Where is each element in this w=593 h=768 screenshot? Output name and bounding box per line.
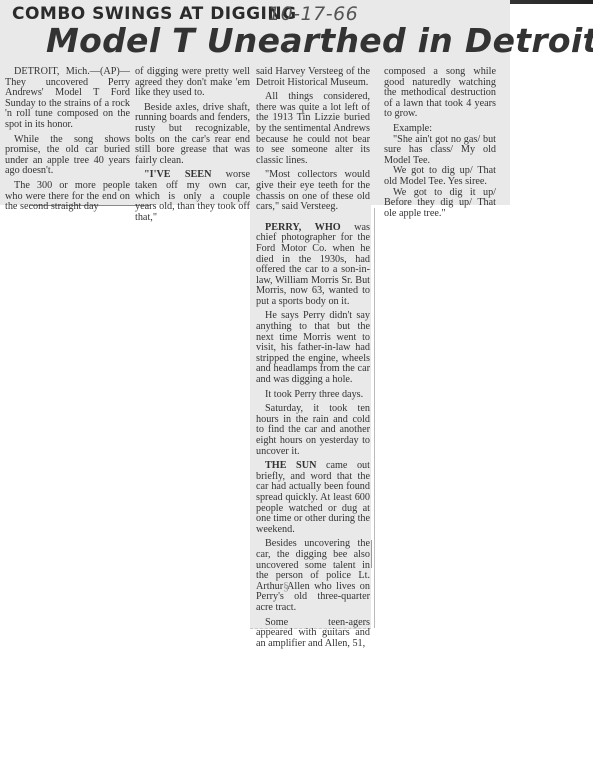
paragraph: He says Perry didn't say anything to tha… [256,311,370,385]
paragraph: Saturday, it took ten hours in the rain … [256,404,370,457]
article-column-2: of digging were pretty well agreed they … [135,67,250,227]
paragraph: composed a song while good naturedly wat… [384,67,496,120]
paragraph: "She ain't got no gas/ but sure has clas… [384,135,496,167]
paragraph: Besides uncovering the car, the digging … [256,539,370,613]
paragraph: "I'VE SEEN worse taken off my own car, w… [135,170,250,223]
article-column-1: DETROIT, Mich.—(AP)— They uncovered Perr… [5,67,130,217]
paragraph: All things considered, there was quite a… [256,92,370,166]
paragraph: DETROIT, Mich.—(AP)— They uncovered Perr… [5,67,130,131]
column-divider [374,208,375,628]
pencil-scribble-mark: § [283,579,293,589]
column-end-mark [371,540,372,568]
article-column-4: composed a song while good naturedly wat… [384,67,496,219]
paragraph: The 300 or more people who were there fo… [5,181,130,213]
paragraph: We got to dig it up/ Before they dig up/… [384,188,496,220]
paragraph: THE SUN came out briefly, and word that … [256,461,370,535]
paragraph: "Most collectors would give their eye te… [256,170,370,212]
paragraph: said Harvey Versteeg of the Detroit Hist… [256,67,370,88]
paragraph: We got to dig up/ That old Model Tee. Ye… [384,166,496,187]
paragraph: It took Perry three days. [256,390,370,401]
paragraph: While the song shows promise, the old ca… [5,135,130,177]
headline: Model T Unearthed in Detroit [46,21,593,60]
paragraph: PERRY, WHO was chief photographer for th… [256,223,370,308]
paragraph: of digging were pretty well agreed they … [135,67,250,99]
article-column-3: said Harvey Versteeg of the Detroit Hist… [256,67,370,653]
paragraph: Beside axles, drive shaft, running board… [135,103,250,167]
paragraph: Some teen-agers appeared with guitars an… [256,618,370,650]
